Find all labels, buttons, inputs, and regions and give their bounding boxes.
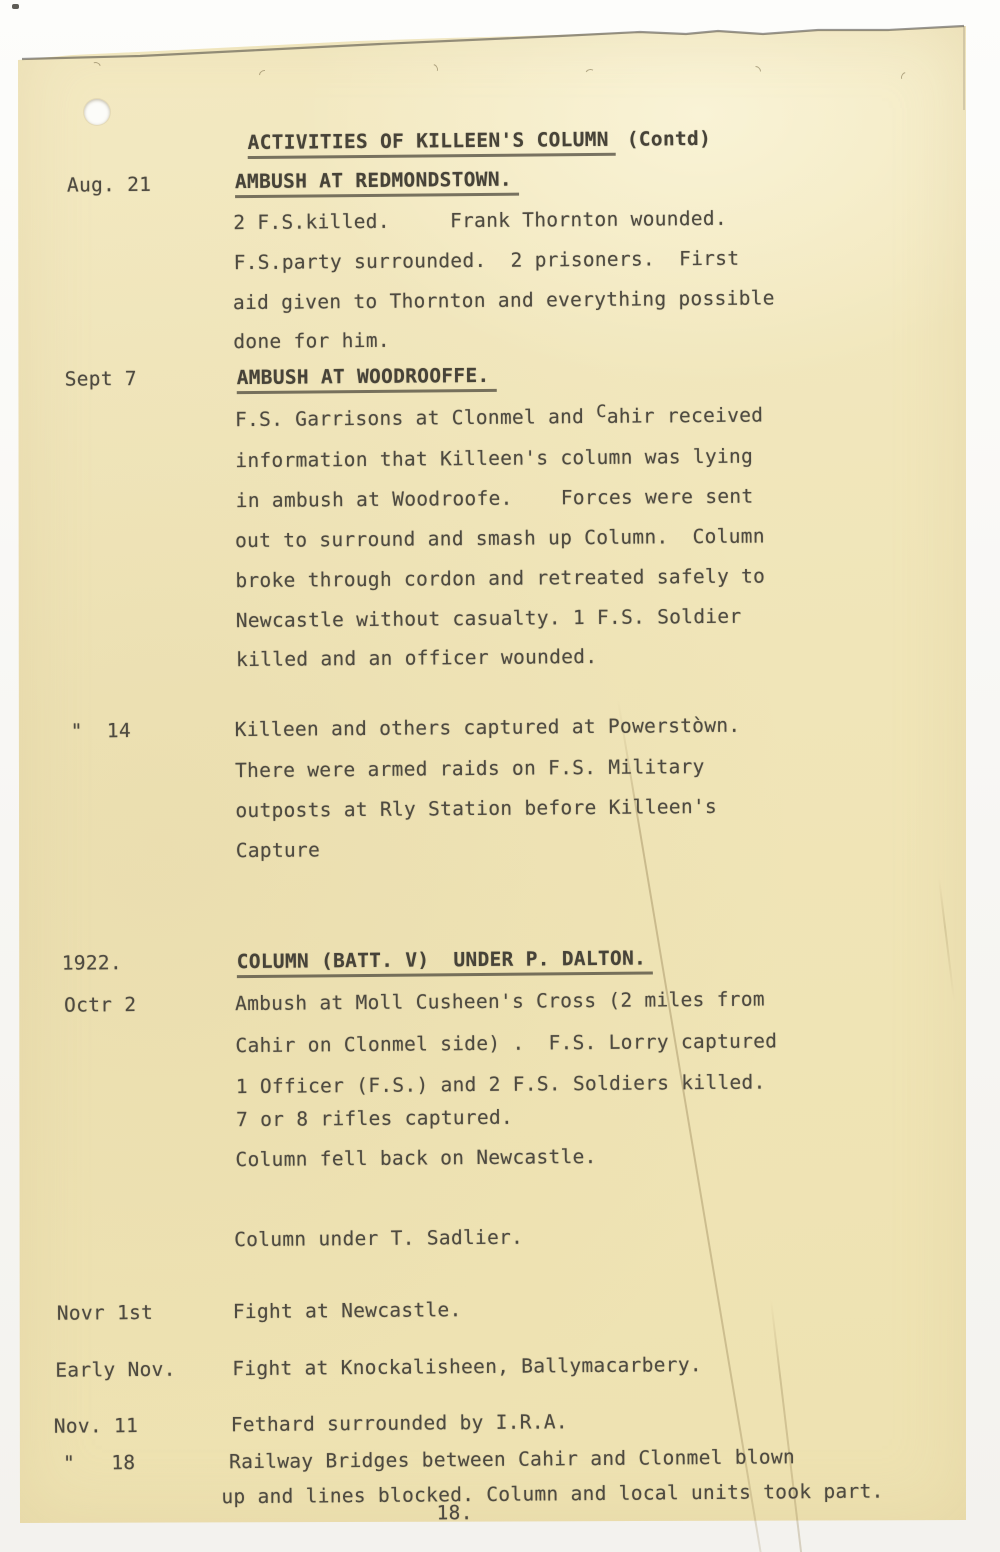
section-date: Sept 7 xyxy=(65,367,137,392)
body-line: Capture xyxy=(236,838,320,863)
body-line: Fethard surrounded by I.R.A. xyxy=(231,1410,568,1437)
body-line: Fight at Newcastle. xyxy=(233,1298,462,1324)
body-line: killed and an officer wounded. xyxy=(236,645,597,672)
body-line: Ambush at Moll Cusheen's Cross (2 miles … xyxy=(235,988,765,1017)
section-date: Early Nov. xyxy=(55,1358,176,1383)
body-line: outposts at Rly Station before Killeen's xyxy=(235,795,717,823)
section-date: Octr 2 xyxy=(64,993,136,1018)
body-line: done for him. xyxy=(233,329,390,354)
body-line: Cahir on Clonmel side) . F.S. Lorry capt… xyxy=(235,1029,777,1058)
body-line: Fight at Knockalisheen, Ballymacarbery. xyxy=(232,1353,702,1381)
section-date: Novr 1st xyxy=(57,1301,154,1326)
section-title-underlined: COLUMN (BATT. V) UNDER P. DALTON. xyxy=(237,946,654,978)
superscript-letter: C xyxy=(596,402,607,422)
body-line: Column fell back on Newcastle. xyxy=(235,1145,596,1172)
body-line: broke through cordon and retreated safel… xyxy=(235,565,765,594)
section-date: 1922. xyxy=(62,951,122,976)
body-line: F.S. Garrisons at Clonmel and Cahir rece… xyxy=(235,404,763,434)
body-line: Newcastle without casualty. 1 F.S. Soldi… xyxy=(236,605,742,633)
section-title-underlined: AMBUSH AT WOODROOFFE. xyxy=(237,364,497,394)
body-line: in ambush at Woodroofe. Forces were sent xyxy=(236,485,754,514)
section-title: AMBUSH AT WOODROOFFE. xyxy=(237,364,497,394)
body-line: out to surround and smash up Column. Col… xyxy=(235,525,765,554)
page-heading-underlined: ACTIVITIES OF KILLEEN'S COLUMN xyxy=(248,128,616,159)
page-heading-contd: (Contd) xyxy=(627,127,711,151)
page-heading: ACTIVITIES OF KILLEEN'S COLUMN(Contd) xyxy=(248,127,712,159)
body-line: 7 or 8 rifles captured. xyxy=(236,1106,513,1132)
body-line: Killeen and others captured at Powerstòw… xyxy=(235,714,741,742)
section-date: Nov. 11 xyxy=(54,1414,138,1439)
body-line: F.S.party surrounded. 2 prisoners. First xyxy=(234,247,740,275)
section-date: " 14 xyxy=(71,719,131,744)
page-number: 18. xyxy=(436,1501,472,1525)
section-date: " 18 xyxy=(63,1451,135,1476)
body-line: aid given to Thornton and everything pos… xyxy=(233,286,775,315)
body-line-segment: ahir received xyxy=(607,404,764,428)
section-title: COLUMN (BATT. V) UNDER P. DALTON. xyxy=(237,946,654,978)
typed-text-layer: ACTIVITIES OF KILLEEN'S COLUMN(Contd) Au… xyxy=(0,0,1000,1552)
body-line: Column under T. Sadlier. xyxy=(234,1226,523,1253)
body-line: Railway Bridges between Cahir and Clonme… xyxy=(229,1445,795,1474)
body-line: information that Killeen's column was ly… xyxy=(235,445,753,474)
body-line: There were armed raids on F.S. Military xyxy=(235,755,705,783)
scanned-document-screenshot: { "colors": { "paper": "#f0e5b8", "ink":… xyxy=(0,0,1000,1552)
body-line-segment: F.S. Garrisons at Clonmel and xyxy=(235,405,596,431)
section-title-underlined: AMBUSH AT REDMONDSTOWN. xyxy=(235,168,519,198)
section-title: AMBUSH AT REDMONDSTOWN. xyxy=(235,168,519,198)
section-date: Aug. 21 xyxy=(67,173,151,198)
body-line: 1 Officer (F.S.) and 2 F.S. Soldiers kil… xyxy=(236,1071,766,1100)
body-line: 2 F.S.killed. Frank Thornton wounded. xyxy=(233,207,727,235)
body-line: up and lines blocked. Column and local u… xyxy=(221,1480,883,1510)
